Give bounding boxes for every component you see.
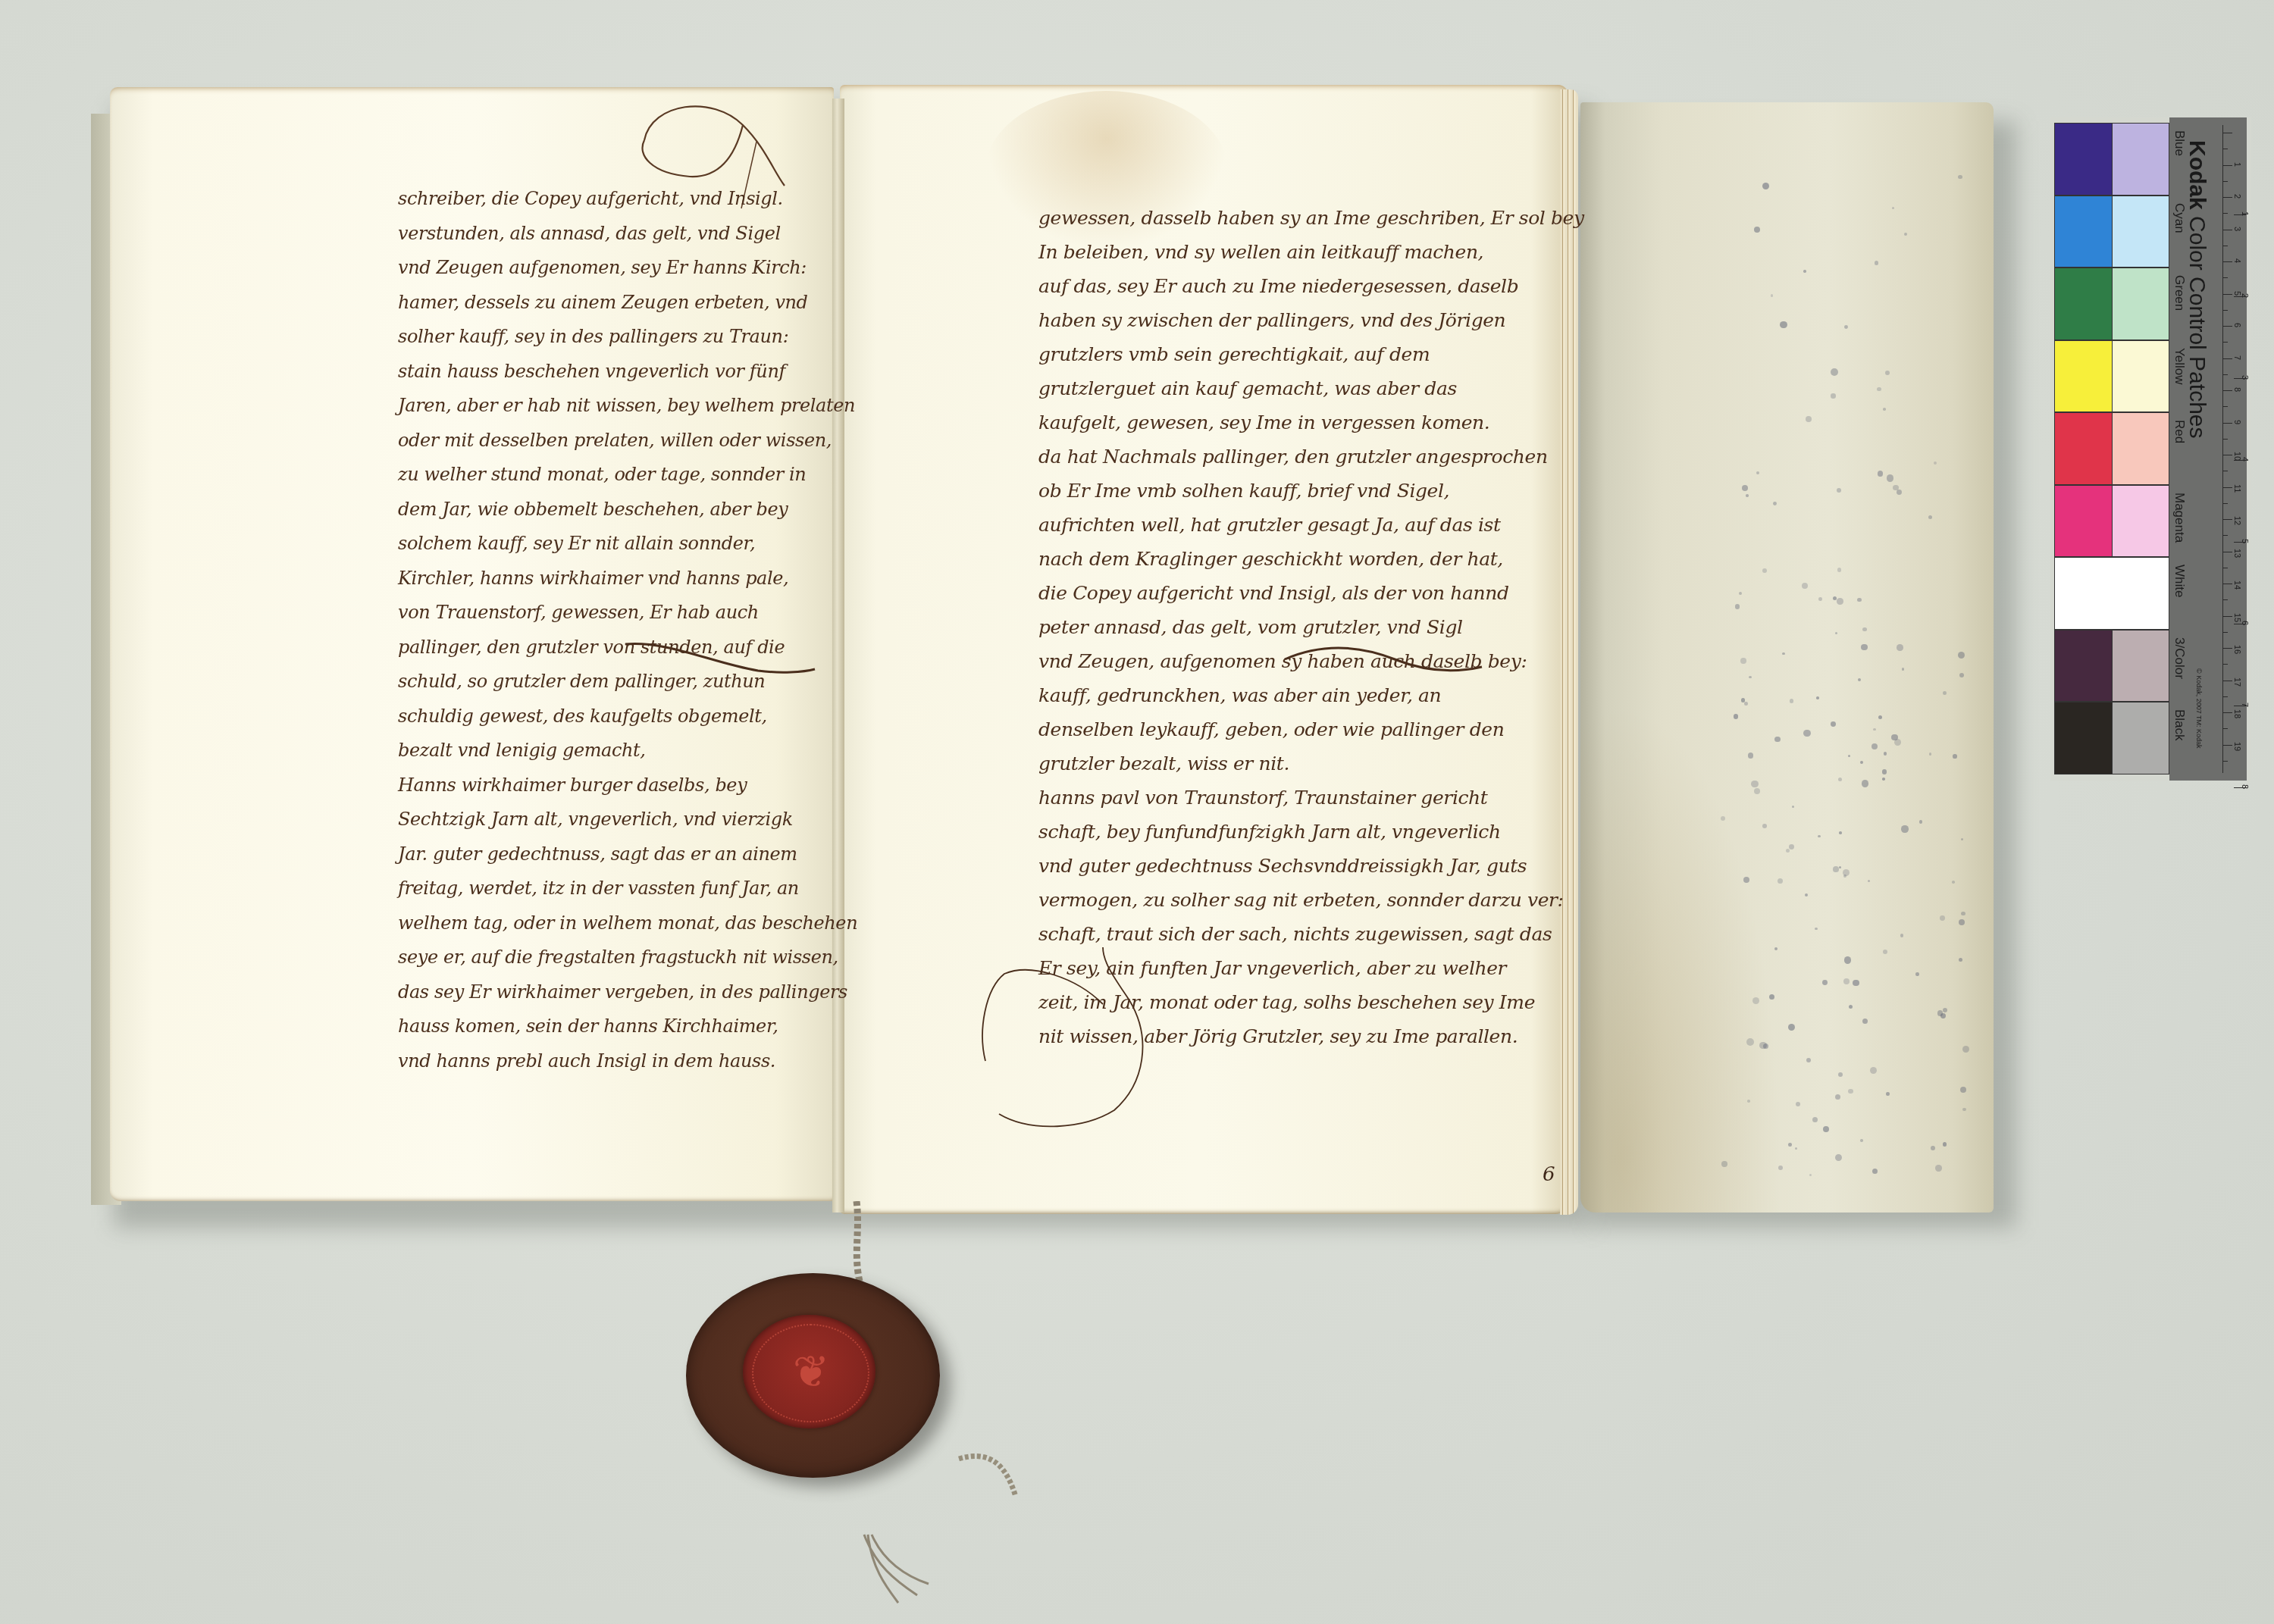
cm-tick-label: 12 [2232, 516, 2241, 525]
ruler-tick [2223, 181, 2228, 182]
mould-spot [1796, 1102, 1800, 1106]
mould-spot [1882, 778, 1885, 781]
cm-tick-label: 16 [2232, 645, 2241, 654]
manuscript-line: seye er, auf die fregstalten fragstuckh … [398, 940, 822, 975]
mould-spot [1782, 652, 1784, 655]
manuscript-line: verstunden, als annasd, das gelt, vnd Si… [398, 217, 822, 252]
ruler-tick [2223, 681, 2232, 681]
manuscript-line: Hanns wirkhaimer burger daselbs, bey [398, 768, 822, 803]
manuscript-line: welhem tag, oder in welhem monat, das be… [398, 906, 822, 941]
mould-spot [1746, 1038, 1754, 1046]
inch-tick [2234, 706, 2246, 706]
ruler-tick [2223, 568, 2228, 568]
patch-white [2054, 557, 2169, 630]
mould-spot [1756, 471, 1759, 474]
patch-blue-light [2112, 123, 2169, 196]
mould-spot [1816, 696, 1819, 699]
mould-spot [1815, 928, 1818, 931]
cm-tick-label: 7 [2232, 355, 2241, 360]
mould-spot [1883, 408, 1886, 411]
chart-title-text: Color Control Patches [2185, 216, 2210, 438]
chart-title: Kodak Color Control Patches [2184, 140, 2210, 439]
cm-tick-label: 14 [2232, 580, 2241, 590]
mould-spot [1773, 502, 1777, 505]
book-gutter [832, 99, 844, 1213]
ruler-tick [2223, 342, 2228, 343]
mould-spot [1839, 831, 1842, 834]
ruler-tick [2223, 390, 2232, 391]
manuscript-line: hamer, dessels zu ainem Zeugen erbeten, … [398, 286, 822, 321]
patch-cyan-dark [2054, 196, 2113, 268]
cm-tick-label: 4 [2232, 258, 2241, 263]
patch-label: Green [2172, 275, 2187, 311]
mould-spot [1897, 490, 1902, 495]
mould-spot [1862, 627, 1866, 631]
cm-tick-label: 6 [2232, 323, 2241, 327]
ruler-tick [2223, 165, 2232, 166]
ruler-tick [2223, 664, 2228, 665]
mould-spot [1884, 752, 1887, 756]
mould-spot [1940, 915, 1945, 921]
ruler-tick [2223, 728, 2228, 729]
ruler-tick [2223, 423, 2232, 424]
mould-spot [1862, 1019, 1868, 1024]
chart-brand: Kodak [2185, 140, 2210, 210]
manuscript-line: oder mit desselben prelaten, willen oder… [398, 424, 822, 458]
ruler-tick [2223, 487, 2232, 488]
patch-red-dark [2054, 412, 2113, 485]
inch-tick [2234, 542, 2246, 543]
manuscript-line: grutzlerguet ain kauf gemacht, was aber … [1038, 371, 1531, 405]
patch-black-dark [2054, 702, 2113, 774]
manuscript-line: von Trauenstorf, gewessen, Er hab auch [398, 596, 822, 631]
flourish-right-underline [1281, 644, 1486, 682]
inch-tick [2234, 624, 2246, 624]
mould-spot [1848, 755, 1850, 757]
ruler-tick [2223, 648, 2232, 649]
ruler-tick [2223, 326, 2232, 327]
mould-spot [1958, 175, 1962, 179]
mould-spot [1877, 387, 1881, 392]
mould-spot [1870, 1067, 1877, 1074]
manuscript-line: da hat Nachmals pallinger, den grutzler … [1038, 440, 1531, 474]
mould-spot [1853, 980, 1859, 987]
mould-spot [1843, 869, 1850, 876]
cm-tick-label: 2 [2232, 194, 2241, 199]
patch-magenta-dark [2054, 485, 2113, 558]
mould-spot [1861, 644, 1868, 651]
mould-spot [1935, 1165, 1941, 1171]
mould-spot [1751, 781, 1759, 788]
mould-spot [1857, 598, 1862, 602]
mould-spot [1901, 825, 1908, 832]
mould-spot [1747, 1100, 1750, 1103]
mould-spot [1771, 294, 1774, 297]
mould-spot [1754, 227, 1760, 233]
ruler-tick [2223, 261, 2232, 262]
mould-spot [1878, 471, 1884, 477]
ruler-tick [2223, 197, 2232, 198]
mould-spot [1741, 698, 1745, 702]
manuscript-line: vnd Zeugen aufgenomen, sey Er hanns Kirc… [398, 251, 822, 286]
ruler-tick [2223, 584, 2232, 584]
mould-spot [1780, 321, 1787, 329]
flourish-right-bottom [963, 947, 1175, 1129]
mould-spot [1835, 1094, 1840, 1100]
mould-spot [1952, 881, 1955, 884]
manuscript-line: peter annasd, das gelt, vom grutzler, vn… [1038, 610, 1531, 644]
manuscript-line: Kirchler, hanns wirkhaimer vnd hanns pal… [398, 562, 822, 596]
patch-blue-dark [2054, 123, 2113, 196]
inch-tick [2234, 378, 2246, 379]
manuscript-line: vnd hanns prebl auch Insigl in dem hauss… [398, 1044, 822, 1079]
patch-label: Blue [2172, 130, 2187, 156]
ruler-tick [2223, 599, 2228, 600]
flourish-left-underline [622, 640, 819, 686]
ruler: 1234567891011121314151617181912345678 [2222, 125, 2246, 773]
ruler-tick [2223, 616, 2232, 617]
patch-cyan-light [2112, 196, 2169, 268]
seal-coat-of-arms-icon: ❦ [781, 1341, 841, 1402]
mould-spot [1774, 737, 1781, 743]
manuscript-line: freitag, werdet, itz in der vassten funf… [398, 871, 822, 906]
right-page-text: gewessen, dasselb haben sy an Ime geschr… [1038, 201, 1531, 1053]
patch-label: Red [2172, 420, 2187, 443]
mould-spot [1744, 702, 1748, 706]
ruler-tick [2223, 149, 2228, 149]
mould-spot [1831, 393, 1836, 399]
ruler-tick [2223, 535, 2228, 536]
ruler-tick [2223, 374, 2228, 375]
manuscript-line: grutzler bezalt, wiss er nit. [1038, 746, 1531, 781]
mould-spot [1837, 598, 1843, 604]
ruler-tick [2223, 745, 2232, 746]
manuscript-line: schaft, bey funfundfunfzigkh Jarn alt, v… [1038, 815, 1531, 849]
ruler-tick [2223, 761, 2228, 762]
patch-3-color-dark [2054, 630, 2113, 702]
manuscript-line: Sechtzigk Jarn alt, vngeverlich, vnd vie… [398, 803, 822, 837]
cm-tick-label: 13 [2232, 549, 2241, 558]
manuscript-line: kaufgelt, gewesen, sey Ime in vergessen … [1038, 405, 1531, 440]
mould-spot [1887, 474, 1893, 481]
ruler-tick [2223, 696, 2228, 697]
mould-spot [1862, 780, 1868, 787]
ruler-tick [2223, 632, 2228, 633]
manuscript-line: vnd guter gedechtnuss Sechsvnddreissigkh… [1038, 849, 1531, 883]
left-page-text: schreiber, die Copey aufgericht, vnd Ins… [398, 182, 822, 1078]
manuscript-line: Jar. guter gedechtnuss, sagt das er an a… [398, 837, 822, 872]
manuscript-line: kauff, gedrunckhen, was aber ain yeder, … [1038, 678, 1531, 712]
mould-spot [1858, 678, 1861, 681]
manuscript-line: grutzlers vmb sein gerechtigkait, auf de… [1038, 337, 1531, 371]
manuscript-line: das sey Er wirkhaimer vergeben, in des p… [398, 975, 822, 1010]
manuscript-line: solchem kauff, sey Er nit allain sonnder… [398, 527, 822, 562]
manuscript-line: vermogen, zu solher sag nit erbeten, son… [1038, 883, 1531, 917]
cm-tick-label: 9 [2232, 420, 2241, 424]
manuscript-line: denselben leykauff, geben, oder wie pall… [1038, 712, 1531, 746]
mould-spot [1959, 673, 1964, 677]
mould-spot [1721, 1161, 1727, 1166]
mould-spot [1843, 978, 1850, 984]
mould-spot [1915, 972, 1918, 975]
patch-magenta-light [2112, 485, 2169, 558]
mould-spot [1943, 691, 1947, 695]
manuscript-line: ob Er Ime vmb solhen kauff, brief vnd Si… [1038, 474, 1531, 508]
manuscript-line: schaft, traut sich der sach, nichts zuge… [1038, 917, 1531, 951]
inch-tick [2234, 296, 2246, 297]
ruler-tick [2223, 133, 2232, 133]
manuscript-line: hanns pavl von Traunstorf, Traunstainer … [1038, 781, 1531, 815]
manuscript-line: schreiber, die Copey aufgericht, vnd Ins… [398, 182, 822, 217]
cm-tick-label: 8 [2232, 387, 2241, 392]
mould-spot [1894, 739, 1901, 746]
manuscript-line: nach dem Kraglinger geschickht worden, d… [1038, 542, 1531, 576]
ruler-tick [2223, 471, 2228, 471]
patch-label: Cyan [2172, 203, 2187, 233]
ruler-tick [2223, 213, 2228, 214]
mould-spot [1790, 699, 1793, 702]
patch-label: Black [2172, 709, 2187, 741]
patch-3-color-light [2112, 630, 2169, 702]
mould-spot [1961, 912, 1965, 915]
manuscript-line: bezalt vnd lenigig gemacht, [398, 734, 822, 768]
patch-yellow-light [2112, 340, 2169, 413]
manuscript-line: haben sy zwischen der pallingers, vnd de… [1038, 303, 1531, 337]
mould-spot [1818, 835, 1821, 838]
mould-spot [1812, 1117, 1818, 1122]
inch-tick [2234, 787, 2246, 788]
ruler-tick [2223, 310, 2228, 311]
folio-number: 6 [1543, 1163, 1555, 1186]
ruler-tick [2223, 358, 2232, 359]
manuscript-line: aufrichten well, hat grutzler gesagt Ja,… [1038, 508, 1531, 542]
mould-spot [1762, 183, 1769, 189]
ruler-tick [2223, 519, 2232, 520]
manuscript-line: In beleiben, vnd sy wellen ain leitkauff… [1038, 235, 1531, 269]
page-edge-stack [1560, 89, 1578, 1215]
mould-spot [1789, 844, 1794, 850]
parchment-cover-flap [1580, 102, 1994, 1213]
mould-spot [1735, 604, 1740, 609]
ruler-tick [2223, 230, 2232, 230]
mould-spot [1746, 494, 1749, 497]
ruler-tick [2223, 503, 2228, 504]
cm-tick-label: 3 [2232, 227, 2241, 231]
mould-spot [1788, 1143, 1792, 1147]
cm-tick-label: 18 [2232, 709, 2241, 718]
mould-spot [1734, 714, 1738, 718]
manuscript-line: schuldig gewest, des kaufgelts obgemelt, [398, 699, 822, 734]
patch-green-light [2112, 268, 2169, 340]
inch-tick [2234, 460, 2246, 461]
patch-yellow-dark [2054, 340, 2113, 413]
mould-spot [1886, 1092, 1890, 1096]
ruler-tick [2223, 712, 2232, 713]
mould-spot [1848, 1089, 1853, 1094]
ruler-tick [2223, 552, 2232, 552]
patch-label: Yellow [2172, 348, 2187, 385]
mould-spot [1803, 270, 1806, 272]
patch-green-dark [2054, 268, 2113, 340]
manuscript-line: auf das, sey Er auch zu Ime niedergesess… [1038, 269, 1531, 303]
inch-tick [2234, 214, 2246, 215]
mould-spot [1960, 1087, 1966, 1093]
mould-spot [1803, 730, 1810, 737]
chart-copyright: © Kodak, 2007 TM: Kodak [2195, 668, 2203, 749]
mould-spot [1837, 568, 1842, 572]
mould-spot [1740, 658, 1746, 663]
patch-red-light [2112, 412, 2169, 485]
mould-spot [1873, 728, 1876, 731]
manuscript-line: Jaren, aber er hab nit wissen, bey welhe… [398, 389, 822, 424]
patch-label: Magenta [2172, 493, 2187, 543]
mould-spot [1875, 261, 1878, 264]
ruler-tick [2223, 246, 2228, 246]
ruler-tick [2223, 294, 2232, 295]
patch-label: 3/Color [2172, 637, 2187, 679]
patch-label: White [2172, 565, 2187, 597]
manuscript-line: stain hauss beschehen vngeverlich vor fü… [398, 355, 822, 390]
mould-spot [1742, 485, 1748, 491]
mould-spot [1919, 820, 1923, 824]
mould-spot [1860, 1139, 1863, 1142]
mould-spot [1818, 597, 1822, 601]
cm-tick-label: 19 [2232, 742, 2241, 751]
mould-spot [1743, 877, 1749, 883]
ruler-tick [2223, 277, 2228, 278]
manuscript-line: dem Jar, wie obbemelt beschehen, aber be… [398, 493, 822, 527]
cm-tick-label: 11 [2232, 484, 2241, 493]
ruler-tick [2223, 439, 2228, 440]
manuscript-line: solher kauff, sey in des pallingers zu T… [398, 320, 822, 355]
mould-spot [1882, 769, 1887, 774]
ruler-tick [2223, 406, 2228, 407]
mould-spot [1897, 644, 1903, 651]
manuscript-line: gewessen, dasselb haben sy an Ime geschr… [1038, 201, 1531, 235]
mould-spot [1860, 761, 1863, 764]
cm-tick-label: 17 [2232, 677, 2241, 687]
mould-spot [1838, 1072, 1843, 1077]
cm-tick-label: 1 [2232, 162, 2241, 167]
manuscript-line: hauss komen, sein der hanns Kirchhaimer, [398, 1009, 822, 1044]
patch-black-light [2112, 702, 2169, 774]
ruler-tick [2223, 455, 2232, 455]
manuscript-line: zu welher stund monat, oder tage, sonnde… [398, 458, 822, 493]
mould-spot [1806, 416, 1812, 422]
mould-spot [1831, 721, 1836, 727]
manuscript-line: die Copey aufgericht vnd Insigl, als der… [1038, 576, 1531, 610]
